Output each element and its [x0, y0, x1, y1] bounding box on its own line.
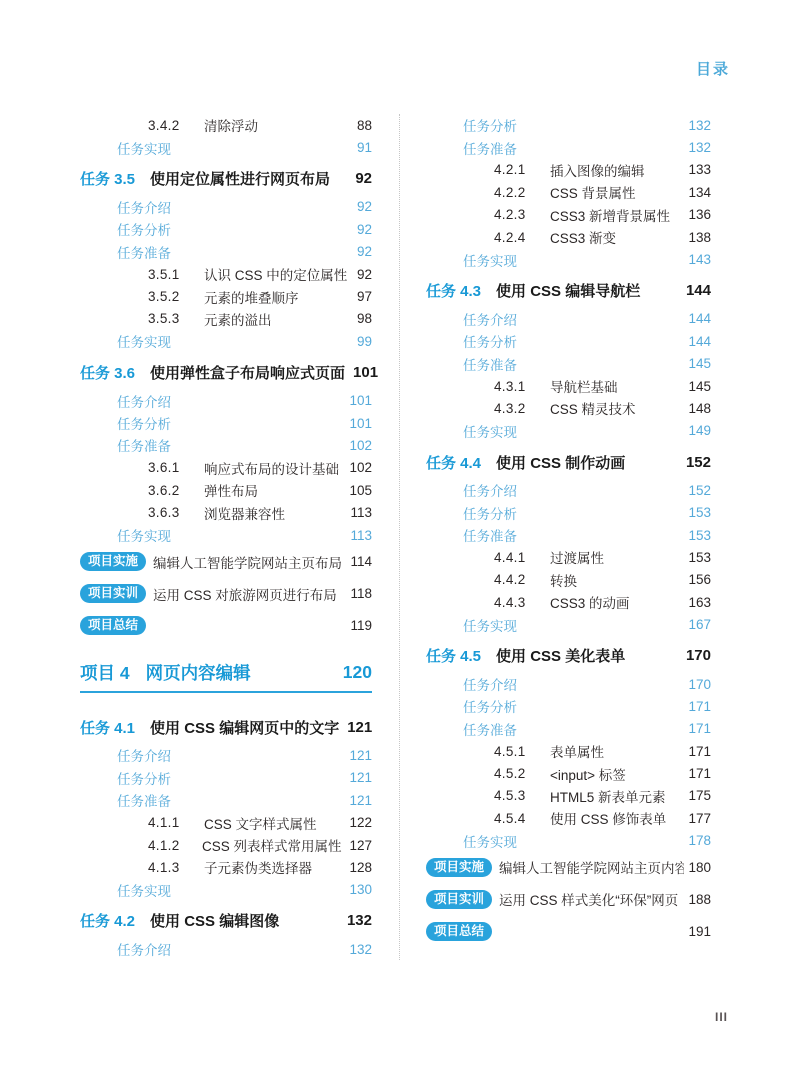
entry-page-number: 171 [688, 721, 711, 736]
section-number: 4.1.2 [148, 838, 186, 853]
entry-page-number: 98 [357, 311, 372, 326]
section-number: 4.5.3 [494, 788, 534, 803]
toc-entry-stage[interactable]: 任务介绍121 [80, 744, 372, 766]
column-divider [399, 114, 400, 960]
entry-title: 任务介绍 [117, 197, 171, 217]
toc-entry-stage[interactable]: 任务准备102 [80, 434, 372, 456]
toc-entry-stage[interactable]: 任务介绍92 [80, 196, 372, 218]
entry-page-number: 152 [688, 483, 711, 498]
entry-title: 任务分析 [463, 331, 517, 351]
project-badge: 项目总结 [80, 616, 146, 635]
entry-page-number: 88 [357, 118, 372, 133]
section-number: 3.6.3 [148, 505, 188, 520]
section-number: 3.6.2 [148, 483, 188, 498]
toc-entry-stage[interactable]: 任务分析132 [426, 114, 711, 136]
toc-entry-stage[interactable]: 任务分析101 [80, 412, 372, 434]
section-number: 4.1.1 [148, 815, 188, 830]
entry-title: 编辑人工智能学院网站主页内容 [499, 857, 684, 877]
entry-title: 任务介绍 [463, 309, 517, 329]
section-number: 4.5.4 [494, 811, 534, 826]
toc-entry-stage[interactable]: 任务准备153 [426, 524, 711, 546]
task-number-label: 任务 4.4 [426, 452, 481, 473]
task-number-label: 任务 4.2 [80, 910, 135, 931]
toc-entry-stage[interactable]: 任务分析92 [80, 218, 372, 240]
section-number: 4.5.2 [494, 766, 534, 781]
entry-title: 任务准备 [463, 354, 517, 374]
entry-page-number: 152 [686, 454, 711, 471]
toc-entry-subsection[interactable]: 4.2.1插入图像的编辑133 [426, 159, 711, 181]
entry-page-number: 153 [688, 528, 711, 543]
entry-title: 使用 CSS 编辑导航栏 [496, 280, 640, 301]
entry-title: CSS3 的动画 [550, 592, 630, 612]
toc-entry-stage[interactable]: 任务实现167 [426, 613, 711, 635]
toc-entry-task-heading[interactable]: 任务 4.1使用 CSS 编辑网页中的文字121 [80, 715, 372, 739]
toc-entry-subsection[interactable]: 4.5.3HTML5 新表单元素175 [426, 785, 711, 807]
entry-page-number: 170 [686, 647, 711, 664]
toc-entry-subsection[interactable]: 4.4.2转换156 [426, 569, 711, 591]
entry-title: 过渡属性 [550, 547, 604, 567]
toc-entry-stage[interactable]: 任务实现149 [426, 420, 711, 442]
entry-page-number: 145 [688, 356, 711, 371]
entry-page-number: 92 [355, 170, 372, 187]
toc-entry-stage[interactable]: 任务介绍144 [426, 308, 711, 330]
toc-entry-stage[interactable]: 任务实现130 [80, 879, 372, 901]
entry-page-number: 180 [688, 860, 711, 875]
entry-title: 使用 CSS 制作动画 [496, 452, 625, 473]
entry-page-number: 113 [350, 505, 372, 520]
entry-page-number: 145 [688, 379, 711, 394]
section-number: 3.5.1 [148, 267, 188, 282]
task-number-label: 任务 4.1 [80, 717, 135, 738]
entry-page-number: 99 [357, 334, 372, 349]
toc-entry-task-heading[interactable]: 任务 3.6使用弹性盒子布局响应式页面101 [80, 361, 372, 385]
page-number: III [715, 1010, 728, 1024]
toc-entry-subsection[interactable]: 3.6.1响应式布局的设计基础102 [80, 457, 372, 479]
entry-page-number: 132 [347, 912, 372, 929]
section-number: 4.2.2 [494, 185, 534, 200]
entry-page-number: 101 [349, 393, 372, 408]
entry-page-number: 132 [349, 942, 372, 957]
toc-entry-subsection[interactable]: 4.2.4CSS3 渐变138 [426, 226, 711, 248]
toc-entry-stage[interactable]: 任务准备171 [426, 718, 711, 740]
toc-entry-stage[interactable]: 任务介绍101 [80, 390, 372, 412]
entry-title: 使用弹性盒子布局响应式页面 [150, 362, 345, 383]
toc-entry-stage[interactable]: 任务实现113 [80, 524, 372, 546]
entry-page-number: 92 [357, 222, 372, 237]
entry-page-number: 171 [688, 699, 711, 714]
entry-title: 任务准备 [463, 138, 517, 158]
entry-title: 任务分析 [463, 503, 517, 523]
entry-page-number: 188 [688, 892, 711, 907]
toc-entry-stage[interactable]: 任务介绍170 [426, 673, 711, 695]
entry-page-number: 171 [688, 766, 711, 781]
entry-title: CSS 列表样式常用属性 [202, 835, 342, 855]
toc-entry-subsection[interactable]: 4.4.1过渡属性153 [426, 546, 711, 568]
toc-entry-subsection[interactable]: 4.4.3CSS3 的动画163 [426, 591, 711, 613]
section-number: 4.2.4 [494, 230, 534, 245]
section-number: 4.4.1 [494, 550, 534, 565]
entry-title: 任务介绍 [463, 674, 517, 694]
toc-entry-task-heading[interactable]: 任务 4.5使用 CSS 美化表单170 [426, 644, 711, 668]
entry-page-number: 177 [688, 811, 711, 826]
toc-entry-subsection[interactable]: 4.1.1CSS 文字样式属性122 [80, 811, 372, 833]
toc-entry-subsection[interactable]: 3.6.3浏览器兼容性113 [80, 501, 372, 523]
section-number: 3.5.3 [148, 311, 188, 326]
toc-entry-stage[interactable]: 任务准备92 [80, 241, 372, 263]
entry-page-number: 121 [349, 748, 372, 763]
entry-page-number: 138 [688, 230, 711, 245]
toc-entry-task-heading[interactable]: 任务 4.4使用 CSS 制作动画152 [426, 450, 711, 474]
entry-page-number: 91 [357, 140, 372, 155]
entry-page-number: 120 [343, 662, 372, 683]
entry-title: 元素的溢出 [204, 309, 272, 329]
entry-page-number: 132 [688, 140, 711, 155]
entry-page-number: 132 [688, 118, 711, 133]
entry-page-number: 122 [349, 815, 372, 830]
section-number: 4.4.2 [494, 572, 534, 587]
entry-page-number: 153 [688, 505, 711, 520]
entry-page-number: 102 [349, 438, 372, 453]
toc-entry-stage[interactable]: 任务介绍132 [80, 938, 372, 960]
entry-page-number: 105 [349, 483, 372, 498]
toc-entry-subsection[interactable]: 3.6.2弹性布局105 [80, 479, 372, 501]
toc-entry-subsection[interactable]: 4.2.3CSS3 新增背景属性136 [426, 204, 711, 226]
entry-page-number: 127 [349, 838, 372, 853]
entry-page-number: 130 [349, 882, 372, 897]
section-number: 4.1.3 [148, 860, 188, 875]
entry-title: 任务分析 [463, 696, 517, 716]
entry-page-number: 175 [688, 788, 711, 803]
entry-title: 任务准备 [117, 790, 171, 810]
toc-entry-project-badge[interactable]: 项目实训运用 CSS 样式美化“环保”网页188 [426, 888, 711, 911]
entry-page-number: 92 [357, 267, 372, 282]
toc-entry-stage[interactable]: 任务分析121 [80, 767, 372, 789]
entry-title: 使用 CSS 修饰表单 [550, 808, 666, 828]
toc-column-right: 任务分析132任务准备1324.2.1插入图像的编辑1334.2.2CSS 背景… [426, 114, 711, 960]
entry-title: 任务实现 [463, 831, 517, 851]
entry-page-number: 101 [353, 364, 378, 381]
toc-entry-stage[interactable]: 任务分析171 [426, 695, 711, 717]
toc-entry-stage[interactable]: 任务准备145 [426, 353, 711, 375]
section-number: 4.5.1 [494, 744, 534, 759]
entry-title: 响应式布局的设计基础 [204, 458, 339, 478]
section-number: 4.4.3 [494, 595, 534, 610]
entry-title: 导航栏基础 [550, 376, 618, 396]
entry-title: 任务介绍 [117, 939, 171, 959]
entry-title: CSS 文字样式属性 [204, 813, 317, 833]
section-number: 4.3.2 [494, 401, 534, 416]
toc-entry-subsection[interactable]: 3.5.3元素的溢出98 [80, 308, 372, 330]
toc-content: 3.4.2清除浮动88任务实现91任务 3.5使用定位属性进行网页布局92任务介… [80, 114, 711, 960]
entry-page-number: 153 [688, 550, 711, 565]
entry-page-number: 97 [357, 289, 372, 304]
entry-title: 浏览器兼容性 [204, 503, 285, 523]
entry-page-number: 121 [349, 770, 372, 785]
entry-title: 任务实现 [117, 525, 171, 545]
toc-entry-stage[interactable]: 任务准备132 [426, 136, 711, 158]
entry-page-number: 92 [357, 244, 372, 259]
entry-title: 任务介绍 [117, 745, 171, 765]
toc-entry-project-badge[interactable]: 项目总结119 [80, 614, 372, 637]
entry-page-number: 191 [688, 924, 711, 939]
project-badge: 项目总结 [426, 922, 492, 941]
entry-title: 编辑人工智能学院网站主页布局 [153, 552, 342, 572]
entry-page-number: 163 [688, 595, 711, 610]
entry-title: CSS3 渐变 [550, 227, 616, 247]
toc-entry-stage[interactable]: 任务实现99 [80, 330, 372, 352]
entry-page-number: 134 [688, 185, 711, 200]
toc-entry-project-badge[interactable]: 项目总结191 [426, 920, 711, 943]
toc-entry-project-badge[interactable]: 项目实施编辑人工智能学院网站主页布局114 [80, 550, 372, 573]
entry-title: 任务实现 [463, 421, 517, 441]
chapter-number-label: 项目 4 [80, 660, 130, 685]
section-number: 4.2.3 [494, 207, 534, 222]
entry-title: 子元素伪类选择器 [204, 857, 312, 877]
entry-title: 运用 CSS 对旅游网页进行布局 [153, 584, 337, 604]
section-number: 4.3.1 [494, 379, 534, 394]
entry-title: 使用定位属性进行网页布局 [150, 168, 330, 189]
entry-title: 任务分析 [463, 115, 517, 135]
entry-title: 使用 CSS 美化表单 [496, 645, 625, 666]
entry-page-number: 92 [357, 199, 372, 214]
entry-page-number: 102 [349, 460, 372, 475]
task-number-label: 任务 4.3 [426, 280, 481, 301]
toc-entry-subsection[interactable]: 4.1.3子元素伪类选择器128 [80, 856, 372, 878]
toc-entry-task-heading[interactable]: 任务 4.2使用 CSS 编辑图像132 [80, 909, 372, 933]
toc-entry-subsection[interactable]: 4.1.2CSS 列表样式常用属性127 [80, 834, 372, 856]
entry-page-number: 101 [349, 416, 372, 431]
toc-entry-stage[interactable]: 任务介绍152 [426, 479, 711, 501]
entry-title: 转换 [550, 570, 577, 590]
entry-title: 插入图像的编辑 [550, 160, 645, 180]
toc-entry-project-badge[interactable]: 项目实施编辑人工智能学院网站主页内容180 [426, 856, 711, 879]
toc-entry-subsection[interactable]: 4.2.2CSS 背景属性134 [426, 181, 711, 203]
toc-entry-stage[interactable]: 任务准备121 [80, 789, 372, 811]
entry-title: 使用 CSS 编辑网页中的文字 [150, 717, 339, 738]
entry-title: 任务实现 [463, 250, 517, 270]
toc-entry-subsection[interactable]: 3.4.2清除浮动88 [80, 114, 372, 136]
section-number: 3.4.2 [148, 118, 188, 133]
toc-entry-subsection[interactable]: 4.5.1表单属性171 [426, 740, 711, 762]
toc-page-title: 目录 [696, 58, 730, 79]
toc-entry-project-badge[interactable]: 项目实训运用 CSS 对旅游网页进行布局118 [80, 582, 372, 605]
entry-page-number: 156 [688, 572, 711, 587]
entry-page-number: 113 [350, 528, 372, 543]
entry-title: CSS 背景属性 [550, 182, 636, 202]
toc-entry-stage[interactable]: 任务实现178 [426, 830, 711, 852]
entry-title: 任务实现 [117, 138, 171, 158]
entry-title: <input> 标签 [550, 764, 626, 784]
entry-page-number: 144 [688, 311, 711, 326]
entry-page-number: 128 [349, 860, 372, 875]
entry-title: 弹性布局 [204, 480, 258, 500]
toc-entry-subsection[interactable]: 4.3.1导航栏基础145 [426, 375, 711, 397]
project-badge: 项目实施 [426, 858, 492, 877]
toc-entry-chapter-heading[interactable]: 项目 4网页内容编辑120 [80, 658, 372, 693]
entry-page-number: 171 [688, 744, 711, 759]
toc-entry-stage[interactable]: 任务分析153 [426, 501, 711, 523]
entry-title: 任务准备 [117, 435, 171, 455]
toc-entry-task-heading[interactable]: 任务 3.5使用定位属性进行网页布局92 [80, 167, 372, 191]
project-badge: 项目实训 [426, 890, 492, 909]
toc-entry-stage[interactable]: 任务分析144 [426, 330, 711, 352]
toc-column-left: 3.4.2清除浮动88任务实现91任务 3.5使用定位属性进行网页布局92任务介… [80, 114, 372, 960]
entry-title: 表单属性 [550, 741, 604, 761]
entry-title: 任务准备 [117, 242, 171, 262]
toc-entry-stage[interactable]: 任务实现143 [426, 248, 711, 270]
entry-title: 任务介绍 [117, 391, 171, 411]
toc-entry-subsection[interactable]: 4.5.2<input> 标签171 [426, 762, 711, 784]
entry-page-number: 170 [688, 677, 711, 692]
entry-page-number: 119 [350, 618, 372, 633]
entry-page-number: 144 [686, 282, 711, 299]
entry-title: HTML5 新表单元素 [550, 786, 666, 806]
entry-title: 任务分析 [117, 768, 171, 788]
section-number: 3.5.2 [148, 289, 188, 304]
toc-entry-subsection[interactable]: 4.5.4使用 CSS 修饰表单177 [426, 807, 711, 829]
entry-title: 任务分析 [117, 413, 171, 433]
entry-page-number: 144 [688, 334, 711, 349]
entry-title: 清除浮动 [204, 115, 258, 135]
entry-title: 任务实现 [117, 331, 171, 351]
toc-entry-subsection[interactable]: 3.5.2元素的堆叠顺序97 [80, 285, 372, 307]
section-number: 4.2.1 [494, 162, 534, 177]
entry-title: 认识 CSS 中的定位属性 [204, 264, 347, 284]
entry-page-number: 148 [688, 401, 711, 416]
entry-title: 任务实现 [463, 615, 517, 635]
entry-title: 任务准备 [463, 719, 517, 739]
toc-entry-subsection[interactable]: 3.5.1认识 CSS 中的定位属性92 [80, 263, 372, 285]
entry-page-number: 121 [349, 793, 372, 808]
entry-title: 网页内容编辑 [146, 660, 251, 685]
entry-page-number: 178 [688, 833, 711, 848]
section-number: 3.6.1 [148, 460, 188, 475]
entry-title: 任务分析 [117, 219, 171, 239]
project-badge: 项目实施 [80, 552, 146, 571]
entry-title: CSS 精灵技术 [550, 398, 636, 418]
task-number-label: 任务 3.6 [80, 362, 135, 383]
entry-page-number: 136 [688, 207, 711, 222]
task-number-label: 任务 4.5 [426, 645, 481, 666]
toc-entry-task-heading[interactable]: 任务 4.3使用 CSS 编辑导航栏144 [426, 279, 711, 303]
entry-title: 使用 CSS 编辑图像 [150, 910, 279, 931]
task-number-label: 任务 3.5 [80, 168, 135, 189]
entry-page-number: 121 [347, 719, 372, 736]
entry-title: 任务准备 [463, 525, 517, 545]
entry-title: 任务实现 [117, 880, 171, 900]
toc-entry-subsection[interactable]: 4.3.2CSS 精灵技术148 [426, 397, 711, 419]
entry-page-number: 118 [350, 586, 372, 601]
entry-title: 元素的堆叠顺序 [204, 287, 299, 307]
entry-page-number: 167 [688, 617, 711, 632]
entry-title: 任务介绍 [463, 480, 517, 500]
entry-title: 运用 CSS 样式美化“环保”网页 [499, 889, 678, 909]
entry-page-number: 143 [688, 252, 711, 267]
entry-page-number: 149 [688, 423, 711, 438]
entry-page-number: 114 [350, 554, 372, 569]
toc-entry-stage[interactable]: 任务实现91 [80, 136, 372, 158]
entry-page-number: 133 [688, 162, 711, 177]
entry-title: CSS3 新增背景属性 [550, 205, 670, 225]
project-badge: 项目实训 [80, 584, 146, 603]
